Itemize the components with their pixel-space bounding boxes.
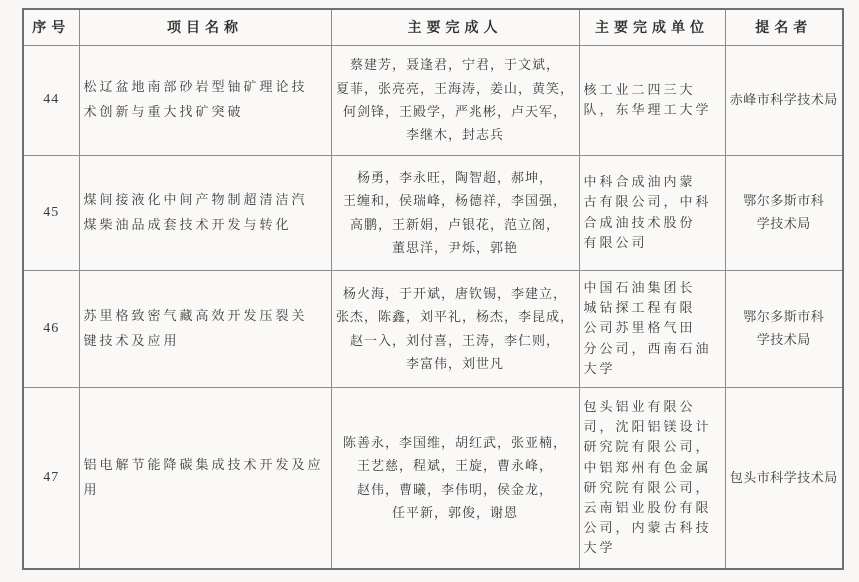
cell-nominator: 赤峰市科学技术局	[725, 45, 843, 155]
cell-serial-number: 44	[23, 45, 79, 155]
cell-project-name: 煤间接液化中间产物制超清洁汽 煤柴油品成套技术开发与转化	[79, 155, 331, 270]
cell-main-units: 中科合成油内蒙 古有限公司，中科 合成油技术股份 有限公司	[579, 155, 725, 270]
cell-main-units: 中国石油集团长 城钻探工程有限 公司苏里格气田 分公司，西南石油 大学	[579, 270, 725, 387]
header-row: 序号 项目名称 主要完成人 主要完成单位 提名者	[23, 9, 843, 45]
header-main-completers: 主要完成人	[331, 9, 579, 45]
cell-serial-number: 47	[23, 387, 79, 569]
cell-serial-number: 45	[23, 155, 79, 270]
cell-main-completers: 蔡建芳，聂逢君，宁君，于文斌， 夏菲，张亮亮，王海涛，姜山，黄笑， 何剑锋，王殿…	[331, 45, 579, 155]
cell-project-name: 苏里格致密气藏高效开发压裂关 键技术及应用	[79, 270, 331, 387]
header-serial-number: 序号	[23, 9, 79, 45]
awards-table: 序号 项目名称 主要完成人 主要完成单位 提名者 44 松辽盆地南部砂岩型铀矿理…	[22, 8, 844, 570]
cell-nominator: 包头市科学技术局	[725, 387, 843, 569]
header-main-units: 主要完成单位	[579, 9, 725, 45]
table-row: 45 煤间接液化中间产物制超清洁汽 煤柴油品成套技术开发与转化 杨勇，李永旺，陶…	[23, 155, 843, 270]
cell-serial-number: 46	[23, 270, 79, 387]
header-nominator: 提名者	[725, 9, 843, 45]
cell-main-completers: 杨勇，李永旺，陶智超，郝坤， 王缠和，侯瑞峰，杨德祥，李国强， 高鹏，王新娟，卢…	[331, 155, 579, 270]
header-project-name: 项目名称	[79, 9, 331, 45]
cell-main-units: 包头铝业有限公 司，沈阳铝镁设计 研究院有限公司， 中铝郑州有色金属 研究院有限…	[579, 387, 725, 569]
cell-main-units: 核工业二四三大 队，东华理工大学	[579, 45, 725, 155]
cell-project-name: 松辽盆地南部砂岩型铀矿理论技 术创新与重大找矿突破	[79, 45, 331, 155]
table-row: 47 铝电解节能降碳集成技术开发及应 用 陈善永，李国维，胡红武，张亚楠， 王艺…	[23, 387, 843, 569]
document-page: 序号 项目名称 主要完成人 主要完成单位 提名者 44 松辽盆地南部砂岩型铀矿理…	[0, 0, 859, 582]
cell-nominator: 鄂尔多斯市科 学技术局	[725, 270, 843, 387]
cell-nominator: 鄂尔多斯市科 学技术局	[725, 155, 843, 270]
table-row: 46 苏里格致密气藏高效开发压裂关 键技术及应用 杨火海，于开斌，唐钦锡，李建立…	[23, 270, 843, 387]
cell-main-completers: 陈善永，李国维，胡红武，张亚楠， 王艺慈，程斌，王旋，曹永峰， 赵伟，曹曦，李伟…	[331, 387, 579, 569]
cell-project-name: 铝电解节能降碳集成技术开发及应 用	[79, 387, 331, 569]
cell-main-completers: 杨火海，于开斌，唐钦锡，李建立， 张杰，陈鑫，刘平礼，杨杰，李昆成， 赵一入，刘…	[331, 270, 579, 387]
table-row: 44 松辽盆地南部砂岩型铀矿理论技 术创新与重大找矿突破 蔡建芳，聂逢君，宁君，…	[23, 45, 843, 155]
